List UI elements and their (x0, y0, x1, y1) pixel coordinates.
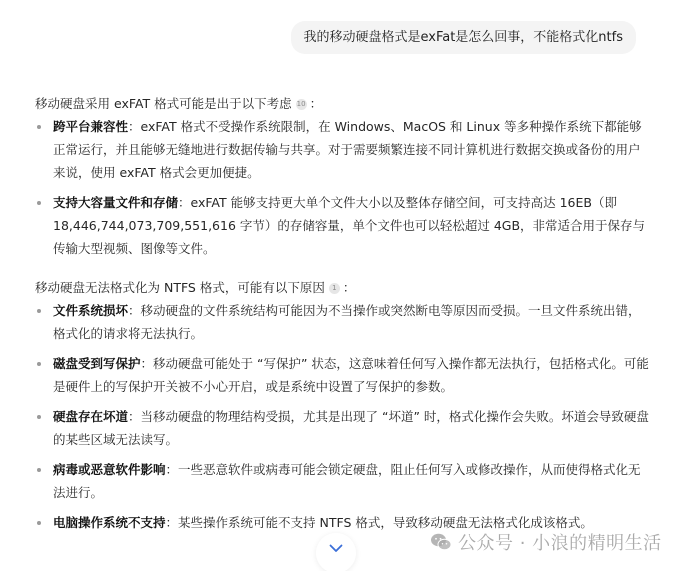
list-item-title: 病毒或恶意软件影响 (53, 462, 166, 477)
list-item-text: ：当移动硬盘的物理结构受损，尤其是出现了 “坏道” 时，格式化操作会失败。坏道会… (53, 409, 649, 447)
section2-intro-suffix: ： (343, 280, 356, 295)
list-item: 磁盘受到写保护：移动硬盘可能处于 “写保护” 状态，这意味着任何写入操作都无法执… (35, 352, 650, 398)
bullet-dot-icon (37, 521, 41, 525)
section1-intro: 移动硬盘采用 exFAT 格式可能是出于以下考虑10： (35, 93, 650, 115)
bullet-dot-icon (37, 201, 41, 205)
list-item-text: ：移动硬盘的文件系统结构可能因为不当操作或突然断电等原因而受损。一旦文件系统出错… (53, 303, 641, 341)
user-message-bubble: 我的移动硬盘格式是exFat是怎么回事，不能格式化ntfs (291, 21, 637, 54)
list-item: 病毒或恶意软件影响：一些恶意软件或病毒可能会锁定硬盘，阻止任何写入或修改操作，从… (35, 458, 650, 504)
list-item-text: ：移动硬盘可能处于 “写保护” 状态，这意味着任何写入操作都无法执行，包括格式化… (53, 356, 649, 394)
citation-badge[interactable]: 1 (329, 283, 340, 294)
section2-list: 文件系统损坏：移动硬盘的文件系统结构可能因为不当操作或突然断电等原因而受损。一旦… (35, 299, 650, 534)
section1-list: 跨平台兼容性：exFAT 格式不受操作系统限制，在 Windows、MacOS … (35, 115, 650, 260)
list-item-title: 电脑操作系统不支持 (53, 515, 166, 530)
list-item-title: 跨平台兼容性 (53, 119, 128, 134)
bullet-dot-icon (37, 125, 41, 129)
bullet-dot-icon (37, 468, 41, 472)
bullet-dot-icon (37, 362, 41, 366)
section1-intro-text: 移动硬盘采用 exFAT 格式可能是出于以下考虑 (35, 96, 292, 111)
section2-intro: 移动硬盘无法格式化为 NTFS 格式，可能有以下原因1： (35, 277, 650, 299)
list-item-title: 文件系统损坏 (53, 303, 128, 318)
user-message-row: 我的移动硬盘格式是exFat是怎么回事，不能格式化ntfs (291, 21, 637, 54)
citation-badge[interactable]: 10 (296, 99, 307, 110)
watermark: 公众号 · 小浪的精明生活 (430, 527, 662, 557)
assistant-answer: 移动硬盘采用 exFAT 格式可能是出于以下考虑10： 跨平台兼容性：exFAT… (35, 93, 650, 541)
bullet-dot-icon (37, 309, 41, 313)
bullet-dot-icon (37, 415, 41, 419)
chevron-down-icon (329, 544, 343, 553)
list-item: 跨平台兼容性：exFAT 格式不受操作系统限制，在 Windows、MacOS … (35, 115, 650, 184)
section2-intro-text: 移动硬盘无法格式化为 NTFS 格式，可能有以下原因 (35, 280, 325, 295)
list-item-title: 支持大容量文件和存储 (53, 195, 178, 210)
list-item-text: ：exFAT 格式不受操作系统限制，在 Windows、MacOS 和 Linu… (53, 119, 642, 180)
list-item: 硬盘存在坏道：当移动硬盘的物理结构受损，尤其是出现了 “坏道” 时，格式化操作会… (35, 405, 650, 451)
list-item-title: 磁盘受到写保护 (53, 356, 141, 371)
list-item-title: 硬盘存在坏道 (53, 409, 128, 424)
list-item: 支持大容量文件和存储：exFAT 能够支持更大单个文件大小以及整体存储空间，可支… (35, 191, 650, 260)
list-item: 文件系统损坏：移动硬盘的文件系统结构可能因为不当操作或突然断电等原因而受损。一旦… (35, 299, 650, 345)
watermark-text: 公众号 · 小浪的精明生活 (458, 529, 662, 555)
section1-intro-suffix: ： (310, 96, 323, 111)
wechat-icon (430, 532, 452, 552)
scroll-to-bottom-button[interactable] (316, 533, 356, 571)
